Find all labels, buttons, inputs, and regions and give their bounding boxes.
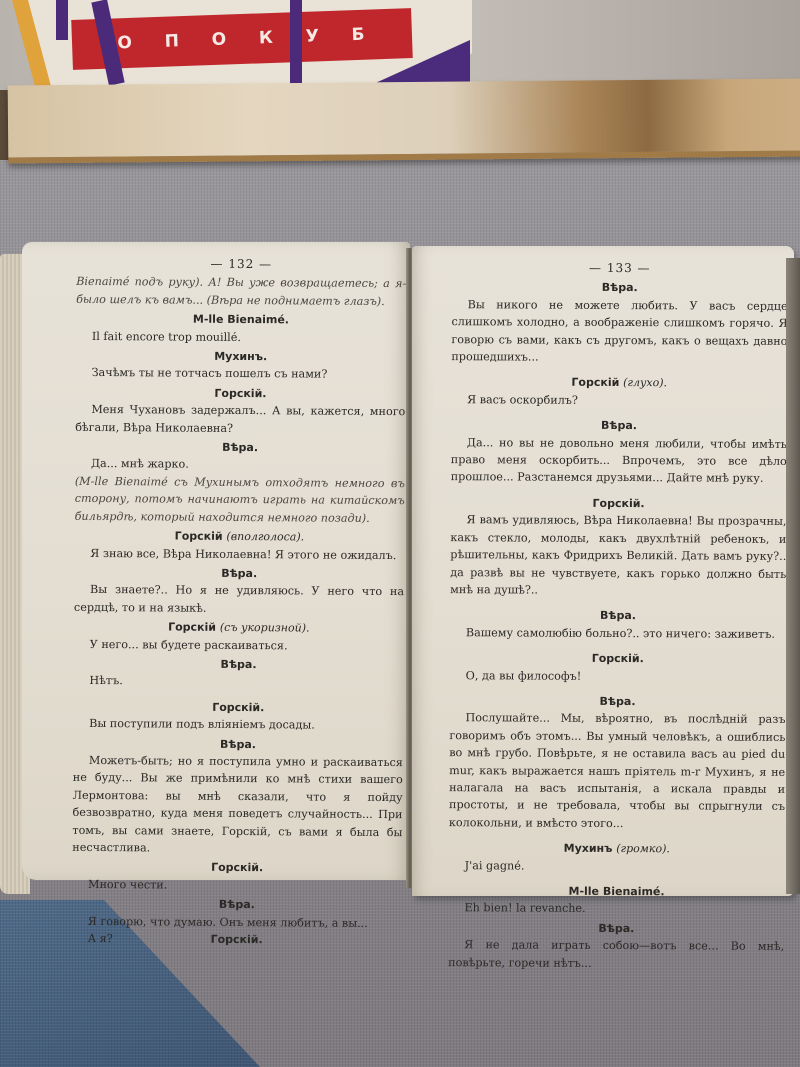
speaker-name: M-lle Bienaimé. <box>76 310 406 330</box>
speaker-name: Вѣра. <box>448 919 784 938</box>
spacer <box>451 408 787 416</box>
bag-letter: У <box>305 26 321 47</box>
bag-letter: П <box>164 31 181 52</box>
bag-strap <box>56 0 68 40</box>
left-page-text: — 132 — Bienaimé подъ руку). А! Вы уже в… <box>72 255 407 949</box>
spacer <box>450 684 786 692</box>
speaker-direction: (вполголоса). <box>226 530 304 544</box>
speaker-name: Вѣра. <box>450 606 786 625</box>
dialogue-line: Я говорю, что думаю. Онъ меня любитъ, а … <box>72 912 402 932</box>
dialogue-line: Зачѣмъ ты не тотчасъ пошелъ съ нами? <box>76 364 406 384</box>
speaker-name: Вѣра. <box>75 438 405 458</box>
dialogue-line: Il fait encore trop mouillé. <box>76 327 406 347</box>
dialogue-line: Да... но вы не довольно меня любили, что… <box>451 434 787 488</box>
speaker-name: Вѣра. <box>451 416 787 435</box>
speaker-name: Мухинъ (громко). <box>449 839 785 858</box>
page-number: — 133 — <box>452 259 788 278</box>
dialogue-line: Меня Чухановъ задержалъ... А вы, кажется… <box>75 401 405 438</box>
speaker-name: Горскій. <box>75 384 405 404</box>
speaker-direction: (громко). <box>616 842 670 855</box>
dialogue-line: Нѣтъ. <box>73 672 403 692</box>
dialogue-line: Я васъ оскорбилъ? <box>451 391 787 410</box>
stage-direction: (M-lle Bienaimé съ Мухинымъ отходятъ нем… <box>75 473 405 528</box>
wooden-board <box>8 79 800 164</box>
bag-letter: О <box>211 29 228 50</box>
speaker-name: Горскій. <box>72 930 402 950</box>
back-cover-edge <box>786 258 800 894</box>
spacer <box>449 874 785 882</box>
left-page: — 132 — Bienaimé подъ руку). А! Вы уже в… <box>22 242 410 880</box>
dialogue-line: О, да вы философъ! <box>450 667 786 686</box>
speaker-direction: (съ укоризной). <box>220 621 310 635</box>
dialogue-line: Можетъ-быть; но я поступила умно и раска… <box>72 752 403 859</box>
dialogue-line: Послушайте... Мы, вѣроятно, въ послѣдній… <box>449 709 786 833</box>
speaker-name: Горскій (вполголоса). <box>74 527 404 547</box>
speaker-name: Горскій (съ укоризной). <box>74 618 404 638</box>
dialogue-line: Много чести. <box>72 876 402 896</box>
speaker-name: Горскій. <box>450 649 786 668</box>
last-line-row: А я? Горскій. <box>72 930 402 949</box>
bag-letter: К <box>259 28 276 49</box>
bag-letter: Б <box>351 25 367 46</box>
dialogue-line: Вы знаете?.. Но я не удивляюсь. У него ч… <box>74 581 404 618</box>
dialogue-line: Вы поступили подъ вліяніемъ досады. <box>73 715 403 735</box>
speaker-direction: (глухо). <box>623 376 667 389</box>
open-book: — 132 — Bienaimé подъ руку). А! Вы уже в… <box>0 240 800 900</box>
speaker-name: Мухинъ. <box>76 347 406 367</box>
speaker-label: Горскій <box>571 376 619 389</box>
speaker-name: Вѣра. <box>452 279 788 298</box>
speaker-name: Вѣра. <box>74 564 404 584</box>
speaker-label: Мухинъ <box>564 842 613 855</box>
speaker-name: M-lle Bienaimé. <box>449 882 785 901</box>
dialogue-line: Вашему самолюбію больно?.. это ничего: з… <box>450 624 786 643</box>
dialogue-line: Я не дала играть собою—вотъ все... Во мн… <box>448 936 784 973</box>
right-page: — 133 — Вѣра. Вы никого не можете любить… <box>412 246 794 896</box>
stage-direction: Bienaimé подъ руку). А! Вы уже возвращае… <box>76 273 406 310</box>
spacer <box>451 366 787 374</box>
speaker-name: Горскій. <box>451 494 787 513</box>
speaker-name: Вѣра. <box>74 655 404 675</box>
bag-letter: О <box>117 33 134 54</box>
spacer <box>73 690 403 698</box>
spacer <box>449 831 785 839</box>
speaker-name: Вѣра. <box>73 734 403 754</box>
dialogue-line: Да... мнѣ жарко. <box>75 455 405 475</box>
dialogue-line: Eh bien! la revanche. <box>448 900 784 919</box>
speaker-label: Горскій <box>168 621 216 634</box>
page-number: — 132 — <box>76 255 406 275</box>
right-page-text: — 133 — Вѣра. Вы никого не можете любить… <box>448 259 788 973</box>
dialogue-line: J'ai gagné. <box>449 857 785 876</box>
dialogue-line: Вы никого не можете любить. У васъ сердц… <box>451 296 787 367</box>
speaker-name: Горскій (глухо). <box>451 374 787 393</box>
speaker-label: Горскій <box>175 530 223 543</box>
speaker-name: Горскій. <box>73 698 403 718</box>
speaker-name: Вѣра. <box>450 692 786 711</box>
bag-strap <box>290 0 302 85</box>
dialogue-line: Я знаю все, Вѣра Николаевна! Я этого не … <box>74 544 404 564</box>
spacer <box>450 598 786 606</box>
dialogue-line: У него... вы будете раскаиваться. <box>74 635 404 655</box>
dialogue-line: Я вамъ удивляюсь, Вѣра Николаевна! Вы пр… <box>450 511 786 600</box>
